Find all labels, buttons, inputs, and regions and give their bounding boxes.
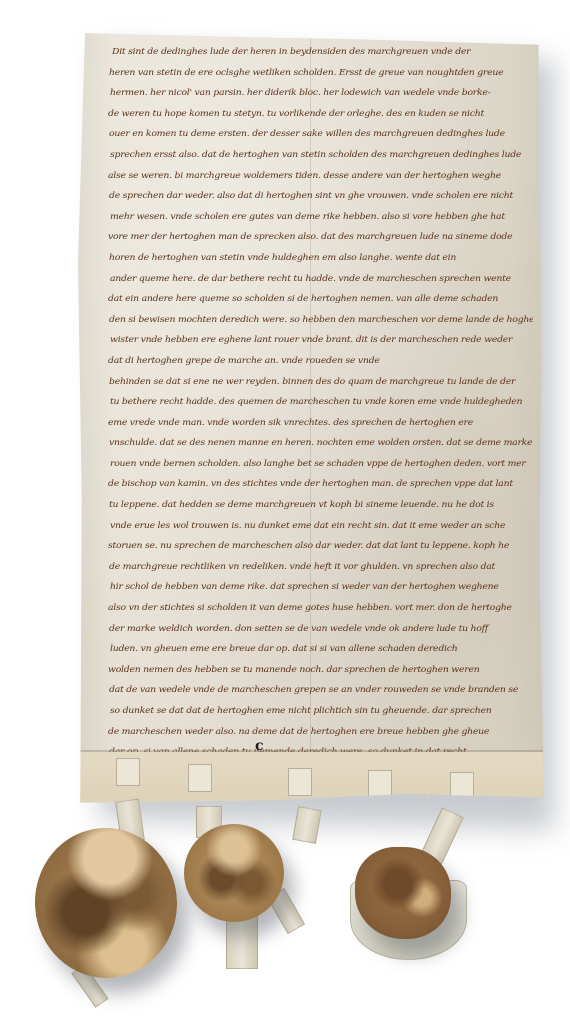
- text-line: dat de van wedele vnde de marcheschen gr…: [109, 681, 533, 700]
- seal-tag-slot: [288, 768, 312, 796]
- text-line: luden. vn gheuen eme ere breue dar op. d…: [110, 640, 533, 659]
- text-line: behinden se dat si ene ne wer reyden. bi…: [109, 373, 533, 392]
- text-line: also vn der stichtes si scholden it van …: [108, 599, 533, 618]
- text-line: vore screuene sake de stan vppe den houe…: [110, 826, 533, 845]
- text-line: de marchgreue rechtliken vn redeliken. v…: [109, 558, 533, 577]
- text-line: vore mer der hertoghen man de sprecken a…: [108, 228, 533, 247]
- text-line: sprechen ersst also. dat de hertoghen va…: [110, 146, 533, 165]
- text-line: dat di hertoghen grepe de marche an. vnd…: [108, 352, 533, 371]
- text-line: eme vrede vnde man. vnde worden sik vnre…: [108, 414, 533, 433]
- text-line: wolden nemen des hebben se tu manende no…: [108, 661, 533, 680]
- text-line: alse se weren. bi marchgreue woldemers t…: [108, 167, 533, 186]
- plica-mark: c: [255, 738, 264, 754]
- text-line: auende. vnde an ene openbare bekantnisse…: [110, 949, 533, 968]
- text-line: alle vnse hengher: [109, 990, 533, 1009]
- text-line: were dat ein ouerman an desen dinghen is…: [108, 846, 533, 865]
- text-line: vnschulde. dat se des nenen manne en her…: [109, 434, 533, 453]
- left-wax-seal: [30, 823, 182, 983]
- seal-tag-slot: [116, 758, 140, 786]
- middle-wax-seal: [184, 824, 284, 922]
- text-line: vnde erue les wol trouwen is. nu dunket …: [110, 517, 533, 536]
- text-line: ouer en komen tu deme ersten. der desser…: [109, 125, 533, 144]
- text-line: horen de hertoghen van stetin vnde hulde…: [109, 249, 533, 268]
- text-line: de bischop van kamin. vn des stichtes vn…: [108, 475, 533, 494]
- text-line: war si vnde stede bliue. dar hebbe wi tu…: [108, 970, 533, 989]
- document-photo: Dit sint de dedinghes lude der heren in …: [0, 0, 570, 1030]
- charter-text: Dit sint de dedinghes lude der heren in …: [108, 42, 533, 1010]
- right-wax-seal: [355, 847, 451, 939]
- text-line: der marke weldich worden. don setten se …: [109, 620, 533, 639]
- text-line: de marcheschen weder also. na deme dat d…: [108, 723, 533, 742]
- text-line: tu leppene. dat hedden se deme marchgreu…: [109, 496, 533, 515]
- text-line: ander queme here. de dar bethere recht t…: [110, 270, 533, 289]
- text-line: storuen se. nu sprechen de marcheschen a…: [108, 537, 533, 556]
- text-line: wister vnde hebben ere eghene lant rouer…: [110, 331, 533, 350]
- seal-tag-slot: [368, 770, 392, 798]
- text-line: rouen vnde bernen scholden. also langhe …: [110, 455, 533, 474]
- empty-seal-tag: [292, 806, 322, 844]
- text-line: de weren tu hope komen tu stetyn. tu vor…: [108, 105, 533, 124]
- text-line: den si bewisen mochten deredich were. so…: [109, 311, 533, 330]
- text-line: de sprechen dar weder. also dat di herto…: [109, 187, 533, 206]
- text-line: dat ein andere here queme so scholden si…: [108, 290, 533, 309]
- text-line: Dit sint de dedinghes lude der heren in …: [112, 43, 533, 62]
- text-line: drehunderdesten. souen vnde dertighesten…: [109, 929, 533, 948]
- parchment-charter: Dit sint de dedinghes lude der heren in …: [78, 30, 544, 805]
- text-line: mehr wesen. vnde scholen ere gutes van d…: [110, 208, 533, 227]
- text-line: tu bethere recht hadde. des quemen de ma…: [110, 393, 533, 412]
- text-line: so dunket se dat dat de hertoghen eme ni…: [110, 702, 533, 721]
- text-line: heren van stetin de ere oclsghe wetliken…: [109, 64, 533, 83]
- seal-tag-slot: [188, 764, 212, 792]
- text-line: hir schol de hebben van deme rike. dat s…: [110, 578, 533, 597]
- text-line: hermen. her nicol' van parsin. her dider…: [110, 84, 533, 103]
